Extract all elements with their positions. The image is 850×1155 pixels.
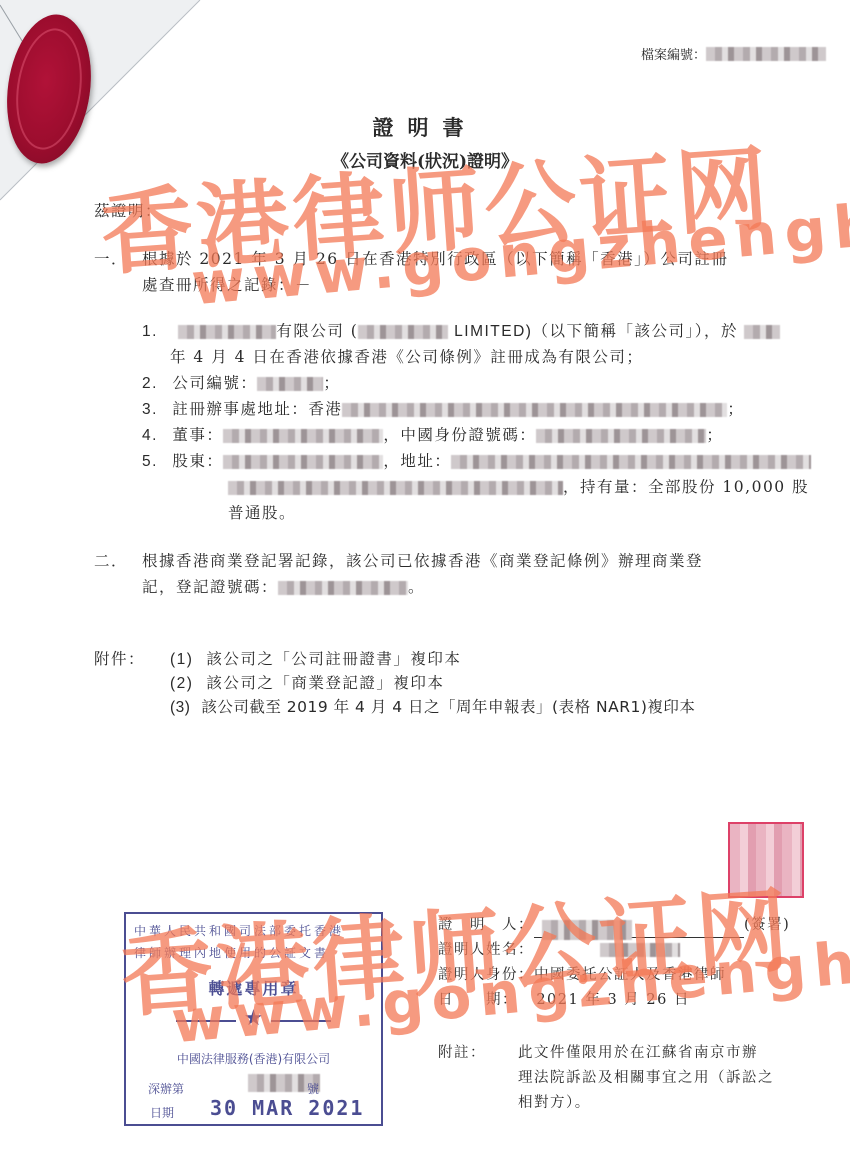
item-1: 1. 有限公司 ( LIMITED)（以下簡稱「該公司」），於: [142, 318, 780, 345]
certifier-name-row: 證明人姓名：: [438, 937, 680, 963]
redacted-id-number: [536, 429, 706, 443]
redacted-shareholder: [223, 455, 383, 469]
attachment-3: (3) 該公司截至 2019 年 4 月 4 日之「周年申報表」(表格 NAR1…: [170, 694, 695, 721]
item-1-cont: 年 4 月 4 日在香港依據香港《公司條例》註冊成為有限公司；: [170, 344, 643, 370]
intro: 茲證明：: [94, 198, 162, 224]
note-label: 附註：: [438, 1040, 486, 1066]
redacted-year: [744, 325, 780, 339]
redacted-company-no: [257, 377, 323, 391]
redacted-address: [342, 403, 727, 417]
signature-line: [534, 917, 744, 938]
star-icon: ★: [126, 1006, 381, 1031]
note-line3: 相對方）。: [518, 1090, 591, 1116]
item-5-end: 普通股。: [228, 500, 296, 526]
certifier-identity-row: 證明人身份：中國委托公証人及香港律師: [438, 962, 726, 988]
stamp-date: 30 MAR 2021: [210, 1096, 364, 1120]
redacted-company-cn: [178, 325, 276, 339]
item-2: 2. 公司編號：；: [142, 370, 340, 397]
section1-line1: 根據於 2021 年 3 月 26 日在香港特別行政區（以下簡稱「香港」）公司註…: [142, 246, 728, 272]
file-number-label: 檔案編號：: [641, 44, 706, 63]
document-title: 證明書: [0, 112, 850, 142]
certifier-date-row: 日 期： 2021 年 3 月 26 日: [438, 987, 690, 1013]
attachment-1: (1) 該公司之「公司註冊證書」複印本: [170, 646, 461, 673]
section1-line2: 處查冊所得之記錄：－: [142, 272, 312, 298]
section1-marker: 一．: [94, 246, 128, 272]
section2-marker: 二．: [94, 548, 128, 574]
document-subtitle: 《公司資料(狀況)證明》: [0, 147, 850, 172]
note-line2: 理法院訴訟及相關事宜之用（訴訟之: [518, 1065, 774, 1091]
attachment-2: (2) 該公司之「商業登記證」複印本: [170, 670, 444, 697]
redacted-certifier-name: [600, 943, 680, 957]
item-3: 3. 註冊辦事處地址：香港；: [142, 396, 744, 423]
section2-line1: 根據香港商業登記署記錄，該公司已依據香港《商業登記條例》辦理商業登: [142, 548, 703, 574]
file-number: 檔案編號：: [641, 44, 826, 63]
redacted-shareholder-address-2: [228, 481, 563, 495]
redacted-file-number: [706, 47, 826, 61]
redacted-br-number: [278, 581, 408, 595]
note-line1: 此文件僅限用於在江蘇省南京市辦: [518, 1040, 758, 1066]
redacted-director: [223, 429, 383, 443]
attachments-label: 附件：: [94, 646, 145, 672]
item-4: 4. 董事：，中國身份證號碼：；: [142, 422, 723, 449]
item-5-cont: ，持有量：全部股份 10,000 股: [228, 474, 809, 500]
redacted-shareholder-address: [451, 455, 811, 469]
item-5: 5. 股東：，地址：: [142, 448, 811, 475]
red-seal-chop: [728, 822, 804, 898]
certifier-row: 證 明 人：(簽署): [438, 912, 790, 938]
section2-line2: 記，登記證號碼：。: [142, 574, 425, 600]
redacted-company-en: [358, 325, 448, 339]
transfer-stamp: 中華人民共和國司法部委托香港 律師辦理內地使用的公証文書 轉遞專用章 ★ 中國法…: [124, 912, 383, 1126]
